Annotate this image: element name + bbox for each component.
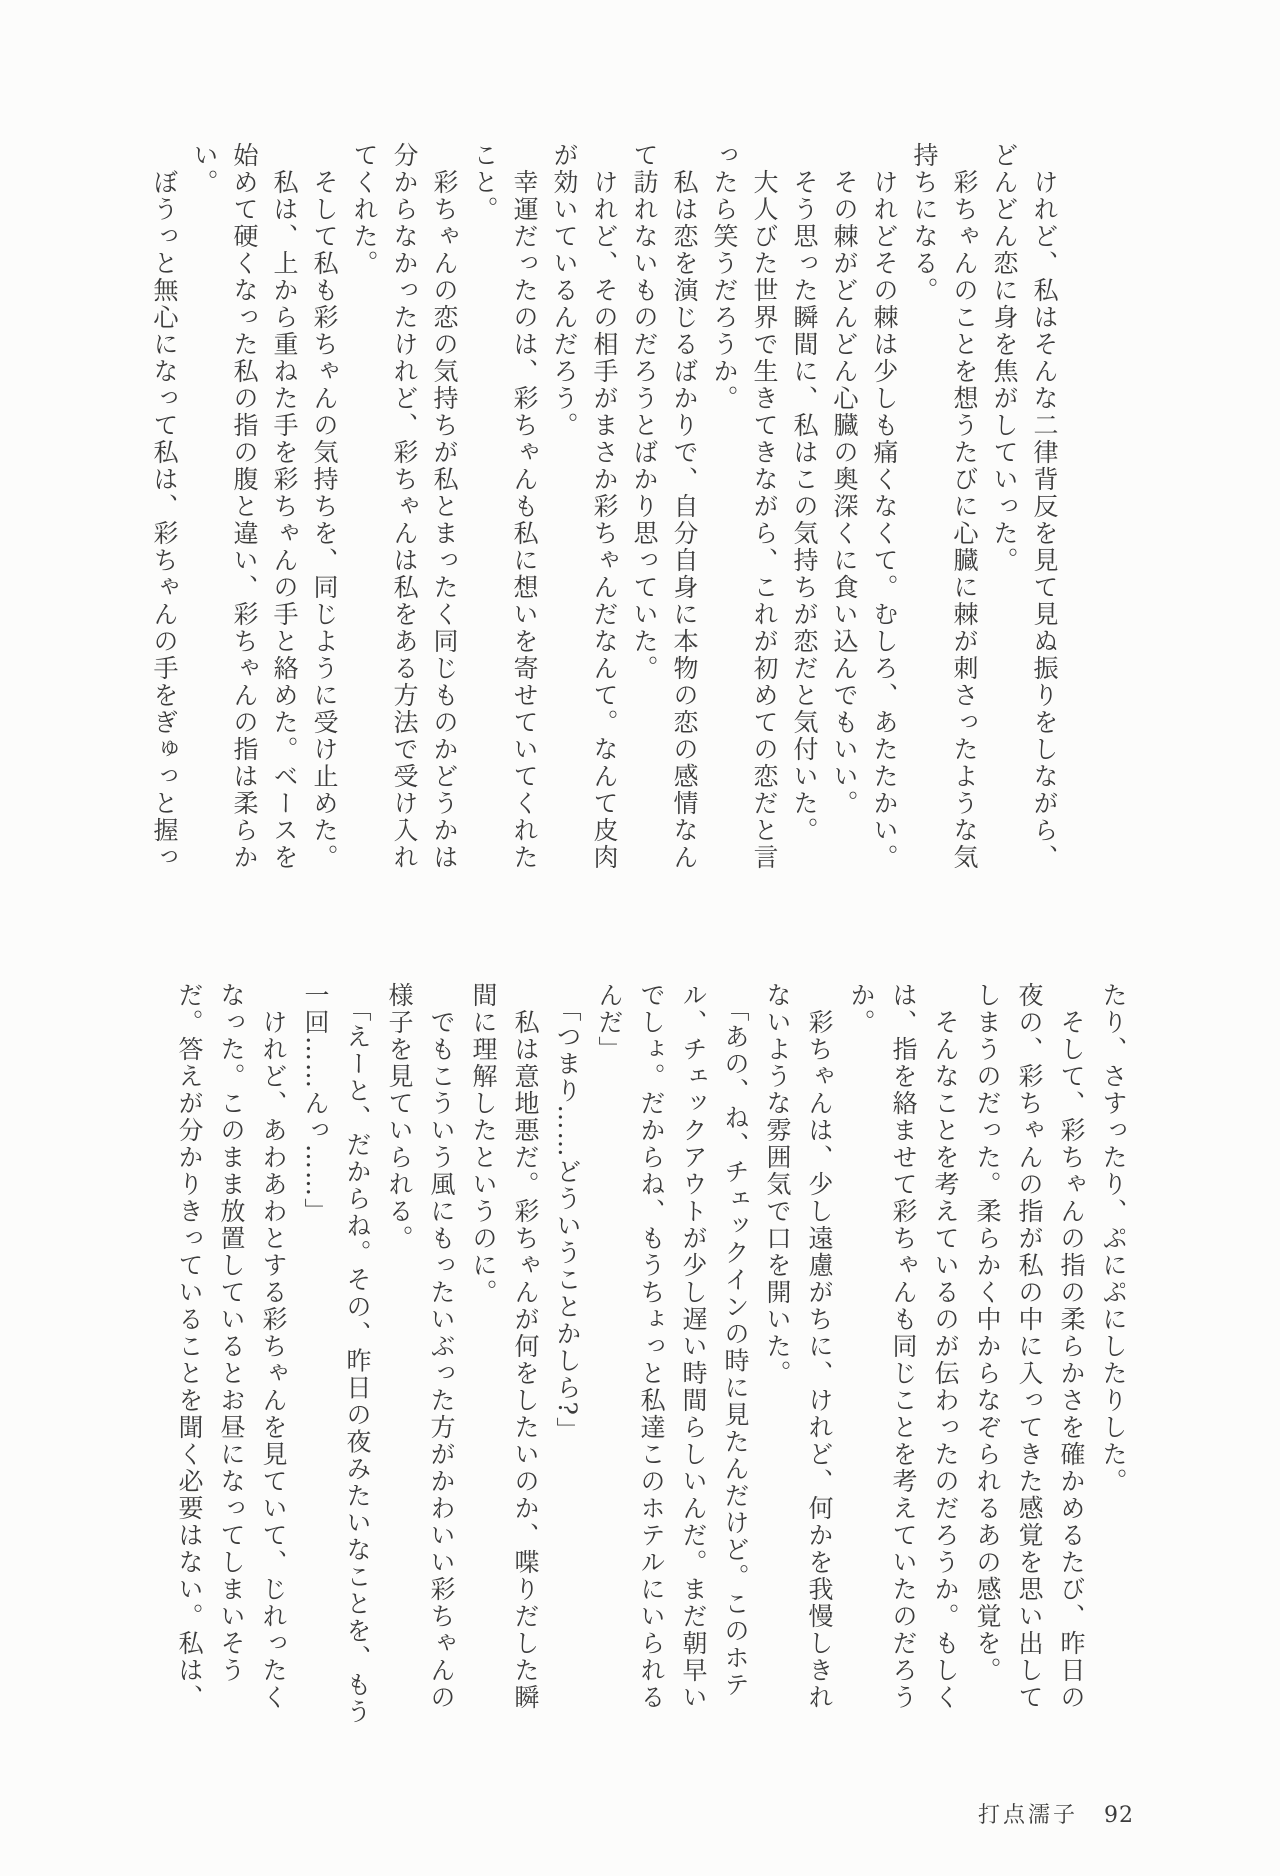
text-line: て訪れないものだろうとばかり思っていた。	[624, 142, 664, 912]
text-line: けれどその棘は少しも痛くなくて。むしろ、あたたかい。	[864, 142, 904, 912]
text-line: 私は、上から重ねた手を彩ちゃんの手と絡めた。ベースを	[264, 142, 304, 912]
text-line: 様子を見ていられる。	[378, 982, 420, 1752]
text-line: その棘がどんどん心臓の奥深くに食い込んでもいい。	[824, 142, 864, 912]
author-name: 打点濡子	[978, 1803, 1078, 1828]
page-footer: 打点濡子92	[978, 1798, 1134, 1829]
text-line: どんどん恋に身を焦がしていった。	[984, 142, 1024, 912]
vertical-text-block-top: けれど、私はそんな二律背反を見て見ぬ振りをしながら、 どんどん恋に身を焦がしてい…	[144, 142, 1064, 912]
text-line: 「あの、ね、チェックインの時に見たんだけど。このホテ	[714, 982, 756, 1752]
text-line: そして、彩ちゃんの指の柔らかさを確かめるたび、昨日の	[1050, 982, 1092, 1752]
text-line: なった。このまま放置しているとお昼になってしまいそう	[210, 982, 252, 1752]
text-line: そして私も彩ちゃんの気持ちを、同じように受け止めた。	[304, 142, 344, 912]
text-line: が効いているんだろう。	[544, 142, 584, 912]
text-line: ったら笑うだろうか。	[704, 142, 744, 912]
text-line: けれど、私はそんな二律背反を見て見ぬ振りをしながら、	[1024, 142, 1064, 912]
text-line: 「えーと、だからね。その、昨日の夜みたいなことを、もう	[336, 982, 378, 1752]
text-line: ル、チェックアウトが少し遅い時間らしいんだ。まだ朝早い	[672, 982, 714, 1752]
text-line: 幸運だったのは、彩ちゃんも私に想いを寄せていてくれた	[504, 142, 544, 912]
text-line: か。	[840, 982, 882, 1752]
text-line: しまうのだった。柔らかく中からなぞられるあの感覚を。	[966, 982, 1008, 1752]
text-line: んだ」	[588, 982, 630, 1752]
scanned-novel-page: けれど、私はそんな二律背反を見て見ぬ振りをしながら、 どんどん恋に身を焦がしてい…	[0, 0, 1280, 1876]
text-line: 始めて硬くなった私の指の腹と違い、彩ちゃんの指は柔らか	[224, 142, 264, 912]
text-line: たり、さすったり、ぷにぷにしたりした。	[1092, 982, 1134, 1752]
text-line: 間に理解したというのに。	[462, 982, 504, 1752]
text-line: 夜の、彩ちゃんの指が私の中に入ってきた感覚を思い出して	[1008, 982, 1050, 1752]
text-line: は、指を絡ませて彩ちゃんも同じことを考えていたのだろう	[882, 982, 924, 1752]
text-line: 私は意地悪だ。彩ちゃんが何をしたいのか、喋りだした瞬	[504, 982, 546, 1752]
text-line: 彩ちゃんのことを想うたびに心臓に棘が刺さったような気	[944, 142, 984, 912]
text-line: 「つまり……どういうことかしら?」	[546, 982, 588, 1752]
text-line: い。	[184, 142, 224, 912]
vertical-text-block-bottom: たり、さすったり、ぷにぷにしたりした。 そして、彩ちゃんの指の柔らかさを確かめる…	[168, 982, 1134, 1752]
text-line: 大人びた世界で生きてきながら、これが初めての恋だと言	[744, 142, 784, 912]
text-line: ぼうっと無心になって私は、彩ちゃんの手をぎゅっと握っ	[144, 142, 184, 912]
text-line: 彩ちゃんは、少し遠慮がちに、けれど、何かを我慢しきれ	[798, 982, 840, 1752]
text-line: 彩ちゃんの恋の気持ちが私とまったく同じものかどうかは	[424, 142, 464, 912]
text-line: 持ちになる。	[904, 142, 944, 912]
text-line: 一回……んっ……」	[294, 982, 336, 1752]
text-line: けれど、あわあわとする彩ちゃんを見ていて、じれったく	[252, 982, 294, 1752]
text-line: だ。答えが分かりきっていることを聞く必要はない。私は、	[168, 982, 210, 1752]
text-line: ないような雰囲気で口を開いた。	[756, 982, 798, 1752]
text-line: てくれた。	[344, 142, 384, 912]
text-line: こと。	[464, 142, 504, 912]
text-line: でもこういう風にもったいぶった方がかわいい彩ちゃんの	[420, 982, 462, 1752]
page-number: 92	[1104, 1803, 1134, 1828]
text-line: でしょ。だからね、もうちょっと私達このホテルにいられる	[630, 982, 672, 1752]
text-line: そう思った瞬間に、私はこの気持ちが恋だと気付いた。	[784, 142, 824, 912]
text-line: けれど、その相手がまさか彩ちゃんだなんて。なんて皮肉	[584, 142, 624, 912]
text-line: そんなことを考えているのが伝わったのだろうか。もしく	[924, 982, 966, 1752]
text-line: 分からなかったけれど、彩ちゃんは私をある方法で受け入れ	[384, 142, 424, 912]
text-line: 私は恋を演じるばかりで、自分自身に本物の恋の感情なん	[664, 142, 704, 912]
